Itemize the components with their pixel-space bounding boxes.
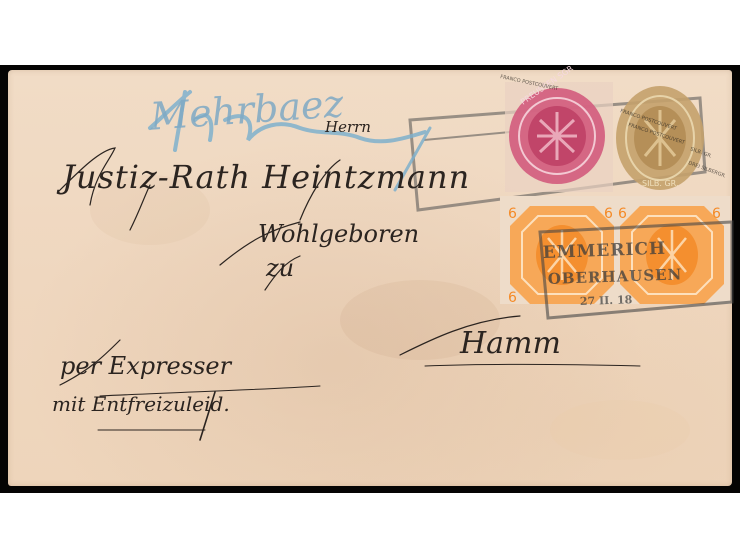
stamps-and-postmarks: PREUSSEN SGR SILB. GR. FRANCO POSTCOUVER… [0,0,740,557]
address-zu: zu [266,254,294,282]
address-title: Wohlgeboren [258,220,419,248]
express-instruction-line2: mit Entfreizuleid. [52,392,230,416]
svg-text:6: 6 [508,290,517,306]
svg-text:27 II. 18: 27 II. 18 [580,293,633,308]
svg-text:6: 6 [712,206,721,222]
address-salutation: Herrn [325,118,371,136]
svg-text:6: 6 [508,206,517,222]
svg-text:6: 6 [604,206,613,222]
express-instruction-line1: per Expresser [60,352,231,380]
svg-text:SILB. GR.: SILB. GR. [642,179,678,188]
svg-text:6: 6 [618,206,627,222]
address-city: Hamm [460,326,561,361]
address-name: Justiz-Rath Heintzmann [62,158,470,196]
